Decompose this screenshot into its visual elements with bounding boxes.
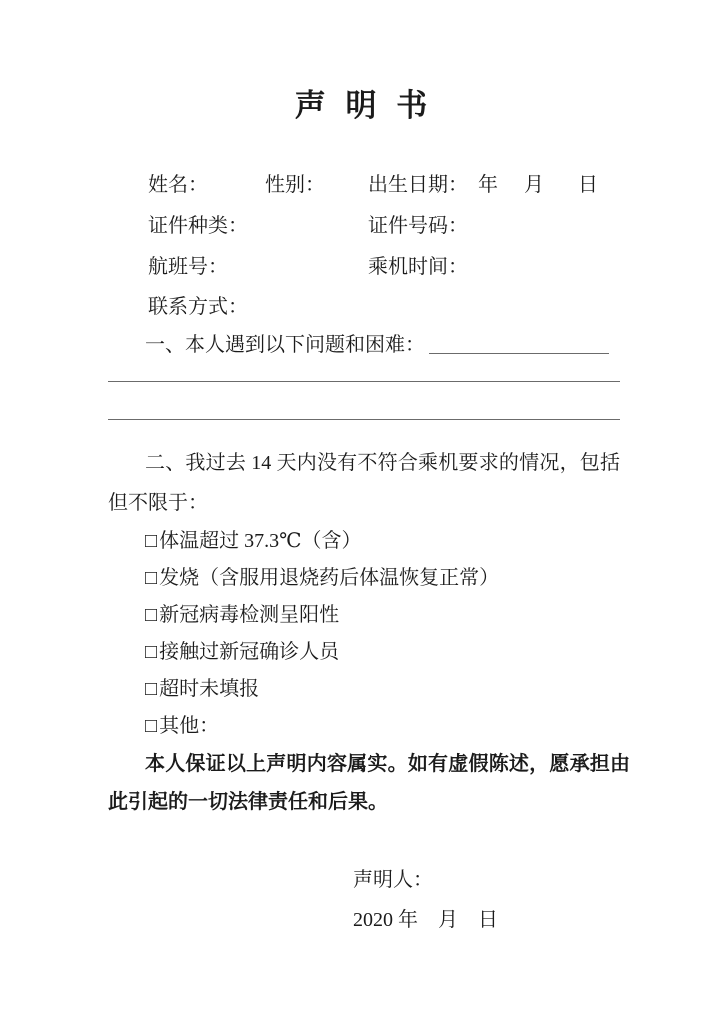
contact-field-label: 联系方式： [148, 288, 248, 326]
checkbox-label: 超时未填报 [159, 678, 259, 700]
signature-block: 声明人： 2020 年 月 日 [108, 860, 620, 940]
section1-lead: 一、本人遇到以下问题和困难： [145, 334, 425, 356]
flight-number-field-label: 航班号： [148, 247, 228, 288]
id-number-field-label: 证件号码： [368, 206, 468, 247]
checkbox-icon[interactable]: □ [145, 567, 157, 589]
field-row-flight: 航班号： 乘机时间： [108, 247, 620, 288]
checkbox-item-contact-confirmed: □接触过新冠确诊人员 [108, 634, 620, 671]
checkbox-icon[interactable]: □ [145, 678, 157, 700]
day-label: 日 [578, 165, 598, 206]
year-label: 年 [478, 165, 498, 206]
checkbox-label: 新冠病毒检测呈阳性 [159, 604, 339, 626]
checkbox-item-fever: □发烧（含服用退烧药后体温恢复正常） [108, 560, 620, 597]
declaration-paragraph: 本人保证以上声明内容属实。如有虚假陈述，愿承担由此引起的一切法律责任和后果。 [108, 745, 630, 821]
checkbox-icon[interactable]: □ [145, 530, 157, 552]
checkbox-icon[interactable]: □ [145, 715, 157, 737]
month-label: 月 [524, 165, 544, 206]
checkbox-icon[interactable]: □ [145, 604, 157, 626]
checkbox-label: 发烧（含服用退烧药后体温恢复正常） [159, 567, 499, 589]
gender-field-label: 性别： [265, 165, 325, 206]
declarant-label: 声明人： [353, 860, 620, 900]
doc-title: 声 明 书 [108, 84, 620, 128]
checkbox-icon[interactable]: □ [145, 641, 157, 663]
birthdate-field-label: 出生日期： [368, 165, 468, 206]
section2-lead: 二、我过去 14 天内没有不符合乘机要求的情况，包括但不限于： [108, 443, 620, 523]
checkbox-item-overdue-report: □超时未填报 [108, 671, 620, 708]
section1-paragraph: 一、本人遇到以下问题和困难： [108, 326, 620, 364]
field-row-id-document: 证件种类： 证件号码： [108, 206, 620, 247]
id-type-field-label: 证件种类： [148, 206, 248, 247]
checkbox-label: 其他： [159, 715, 219, 737]
fill-in-line-inline[interactable] [429, 333, 609, 354]
checkbox-label: 体温超过 37.3℃（含） [159, 530, 361, 552]
condition-checkbox-list: □体温超过 37.3℃（含） □发烧（含服用退烧药后体温恢复正常） □新冠病毒检… [108, 523, 620, 745]
field-row-contact: 联系方式： [108, 288, 620, 326]
boarding-time-field-label: 乘机时间： [368, 247, 468, 288]
checkbox-item-temperature: □体温超过 37.3℃（含） [108, 523, 620, 560]
document-page: 声 明 书 姓名： 性别： 出生日期： 年 月 日 证件种类： 证件号码： 航班… [0, 0, 724, 1024]
name-field-label: 姓名： [148, 165, 208, 206]
date-line: 2020 年 月 日 [353, 900, 620, 940]
fill-in-line-1[interactable] [108, 364, 620, 382]
document-content: 声 明 书 姓名： 性别： 出生日期： 年 月 日 证件种类： 证件号码： 航班… [0, 0, 724, 940]
checkbox-item-other: □其他： [108, 708, 620, 745]
fill-in-line-2[interactable] [108, 382, 620, 420]
field-row-identity: 姓名： 性别： 出生日期： 年 月 日 [108, 165, 620, 206]
checkbox-label: 接触过新冠确诊人员 [159, 641, 339, 663]
checkbox-item-positive-test: □新冠病毒检测呈阳性 [108, 597, 620, 634]
